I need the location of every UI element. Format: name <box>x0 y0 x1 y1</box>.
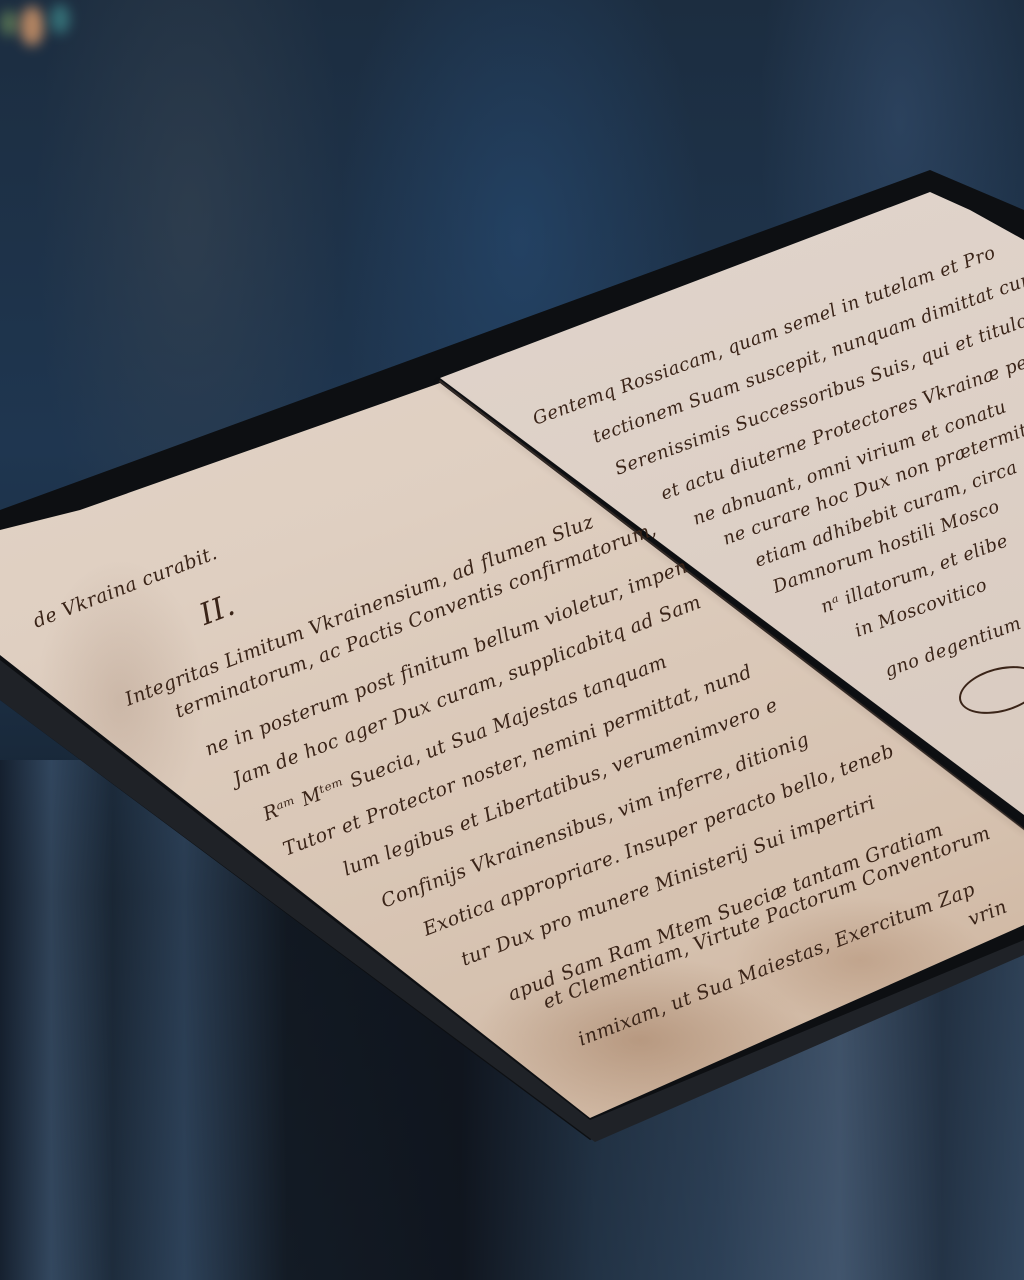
bokeh-light-green <box>0 10 18 36</box>
bokeh-light-orange <box>20 6 44 46</box>
bokeh-light-teal <box>50 4 70 34</box>
museum-display-scene: de Vkraina curabit. II. Integritas Limit… <box>0 0 1024 1280</box>
